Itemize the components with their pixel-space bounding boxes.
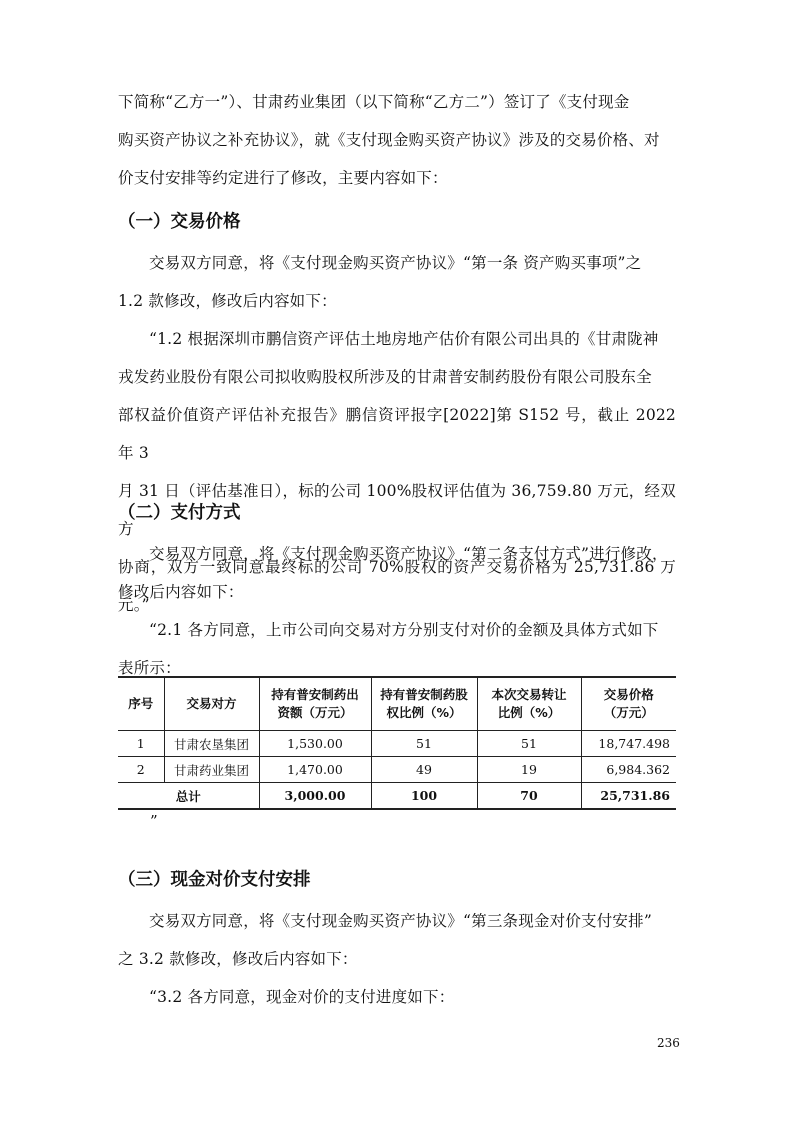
cell-price: 18,747.498 <box>581 731 676 757</box>
header-counterparty: 交易对方 <box>164 677 259 731</box>
payment-table: 序号 交易对方 持有普安制药出资额（万元） 持有普安制药股权比例（%） 本次交易… <box>118 676 676 810</box>
closing-quote-mark: ” <box>150 812 158 830</box>
text-line: 购买资产协议之补充协议》，就《支付现金购买资产协议》涉及的交易价格、对 <box>118 121 676 159</box>
table-row: 2 甘肃药业集团 1,470.00 49 19 6,984.362 <box>118 757 676 783</box>
section-heading-trade-price: （一）交易价格 <box>118 210 241 234</box>
table-header-row: 序号 交易对方 持有普安制药出资额（万元） 持有普安制药股权比例（%） 本次交易… <box>118 677 676 731</box>
cell-total-price: 25,731.86 <box>581 783 676 810</box>
section1-paragraph: 交易双方同意，将《支付现金购买资产协议》“第一条 资产购买事项”之 1.2 款修… <box>118 244 676 320</box>
section-heading-cash-payment: （三）现金对价支付安排 <box>118 868 311 892</box>
cell-total-transfer-ratio: 70 <box>477 783 581 810</box>
cell-total-label: 总计 <box>118 783 259 810</box>
cell-transfer-ratio: 19 <box>477 757 581 783</box>
intro-paragraph: 下简称“乙方一”）、甘肃药业集团（以下简称“乙方二”）签订了《支付现金 购买资产… <box>118 83 676 197</box>
cell-capital: 1,470.00 <box>259 757 371 783</box>
header-transfer-ratio: 本次交易转让比例（%） <box>477 677 581 731</box>
section3-quote: “3.2 各方同意，现金对价的支付进度如下： <box>118 978 676 1016</box>
text-line: 交易双方同意，将《支付现金购买资产协议》“第三条现金对价支付安排” <box>118 902 676 940</box>
section3-paragraph: 交易双方同意，将《支付现金购买资产协议》“第三条现金对价支付安排” 之 3.2 … <box>118 902 676 978</box>
cell-index: 2 <box>118 757 164 783</box>
text-line: 交易双方同意，将《支付现金购买资产协议》“第一条 资产购买事项”之 <box>118 244 676 282</box>
cell-equity-ratio: 51 <box>371 731 477 757</box>
text-line: 戎发药业股份有限公司拟收购股权所涉及的甘肃普安制药股份有限公司股东全 <box>118 358 676 396</box>
text-line: 之 3.2 款修改，修改后内容如下： <box>118 940 676 978</box>
document-page: 下简称“乙方一”）、甘肃药业集团（以下简称“乙方二”）签订了《支付现金 购买资产… <box>0 0 793 1122</box>
header-price: 交易价格（万元） <box>581 677 676 731</box>
cell-total-equity-ratio: 100 <box>371 783 477 810</box>
text-line: 交易双方同意，将《支付现金购买资产协议》“第二条支付方式”进行修改， <box>118 535 676 573</box>
header-capital: 持有普安制药出资额（万元） <box>259 677 371 731</box>
cell-price: 6,984.362 <box>581 757 676 783</box>
cell-transfer-ratio: 51 <box>477 731 581 757</box>
cell-index: 1 <box>118 731 164 757</box>
text-line: 下简称“乙方一”）、甘肃药业集团（以下简称“乙方二”）签订了《支付现金 <box>118 83 676 121</box>
table-row: 1 甘肃农垦集团 1,530.00 51 51 18,747.498 <box>118 731 676 757</box>
text-line: 部权益价值资产评估补充报告》鹏信资评报字[2022]第 S152 号，截止 20… <box>118 396 676 472</box>
text-line: 修改后内容如下： <box>118 573 676 611</box>
text-line: “3.2 各方同意，现金对价的支付进度如下： <box>118 978 676 1016</box>
header-index: 序号 <box>118 677 164 731</box>
text-line: 1.2 款修改，修改后内容如下： <box>118 282 676 320</box>
cell-equity-ratio: 49 <box>371 757 477 783</box>
cell-total-capital: 3,000.00 <box>259 783 371 810</box>
section-heading-payment-method: （二）支付方式 <box>118 501 241 525</box>
table-total-row: 总计 3,000.00 100 70 25,731.86 <box>118 783 676 810</box>
page-number: 236 <box>657 1036 680 1050</box>
cell-capital: 1,530.00 <box>259 731 371 757</box>
cell-counterparty: 甘肃农垦集团 <box>164 731 259 757</box>
text-line: “2.1 各方同意，上市公司向交易对方分别支付对价的金额及具体方式如下 <box>118 611 676 649</box>
text-line: 价支付安排等约定进行了修改，主要内容如下： <box>118 159 676 197</box>
header-equity-ratio: 持有普安制药股权比例（%） <box>371 677 477 731</box>
cell-counterparty: 甘肃药业集团 <box>164 757 259 783</box>
section2-paragraph: 交易双方同意，将《支付现金购买资产协议》“第二条支付方式”进行修改， 修改后内容… <box>118 535 676 611</box>
text-line: “1.2 根据深圳市鹏信资产评估土地房地产估价有限公司出具的《甘肃陇神 <box>118 320 676 358</box>
